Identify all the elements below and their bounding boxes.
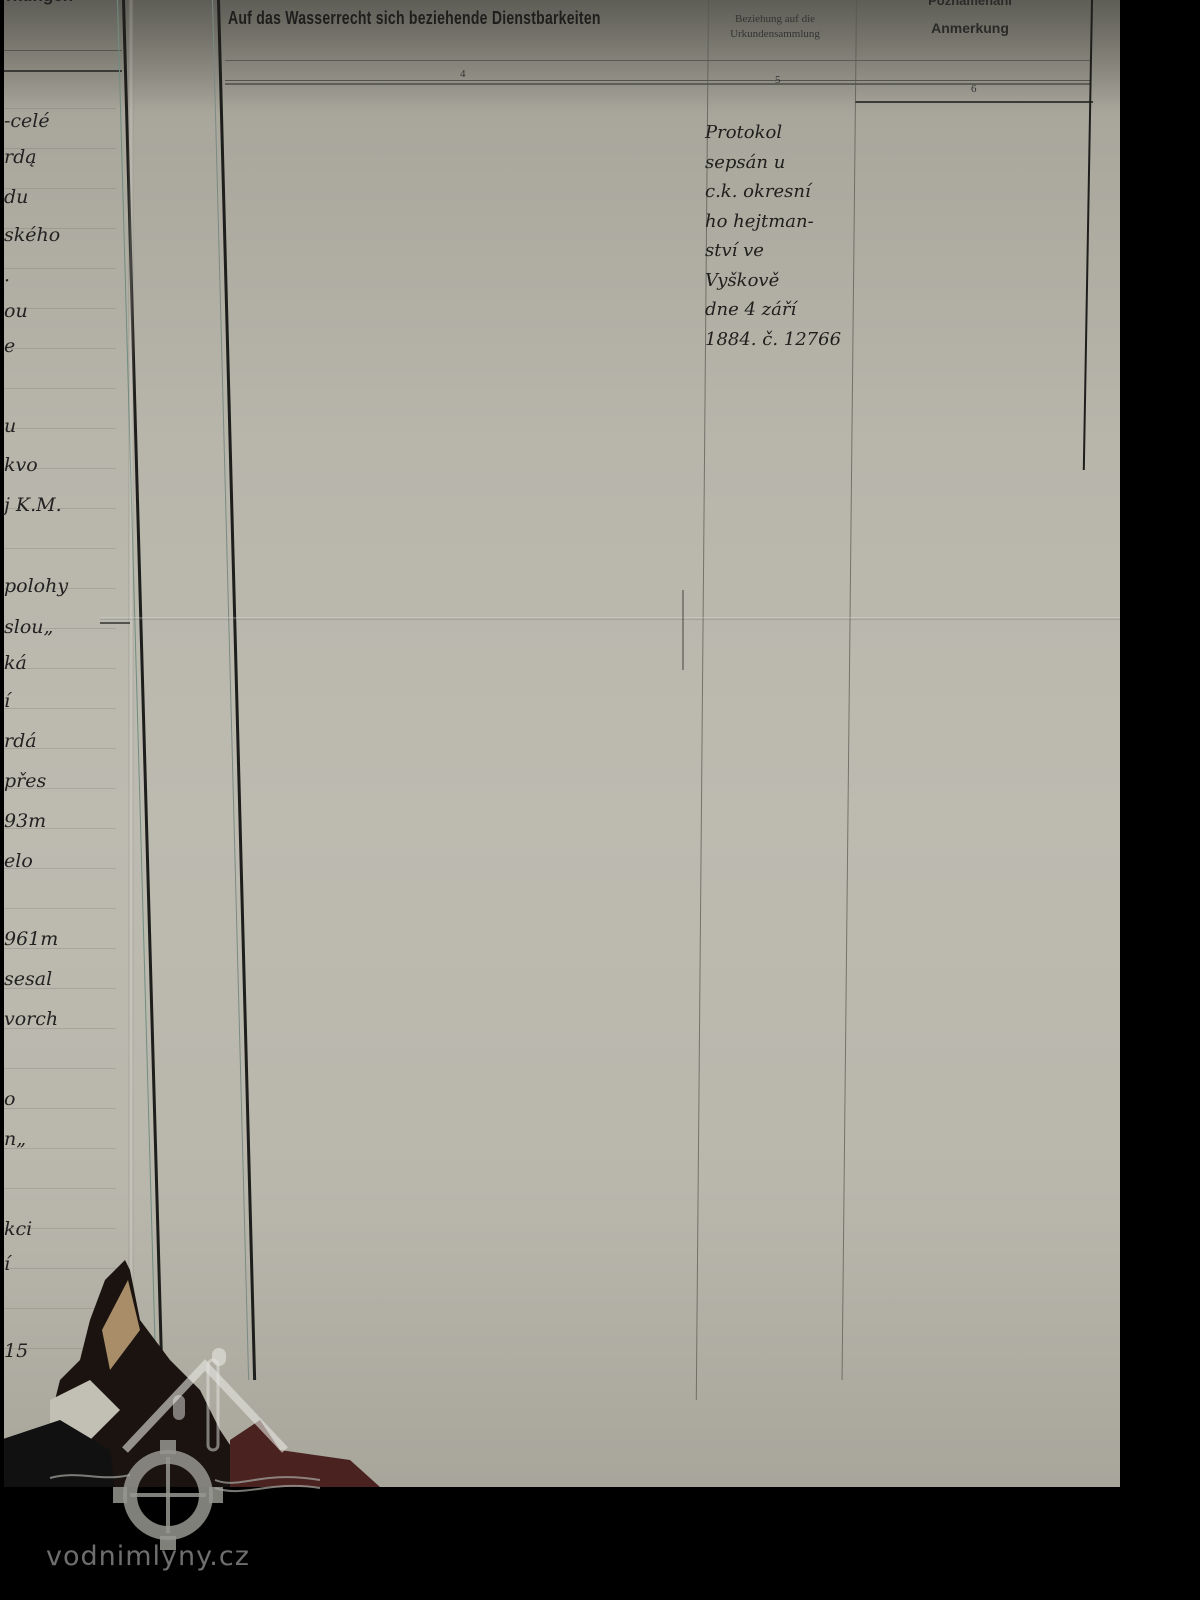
left-margin-fragment: n„ <box>4 1128 26 1150</box>
left-margin-fragment: · <box>4 270 10 292</box>
left-margin-fragment: 961m <box>4 928 58 950</box>
left-margin-fragment: -celé <box>4 110 50 132</box>
ruled-line <box>4 348 116 349</box>
left-margin-fragment: elo <box>4 850 33 872</box>
left-margin-fragment: í <box>4 1253 10 1275</box>
left-margin-fragment: rdą <box>4 146 37 168</box>
column-5-header: Beziehung auf die Urkundensammlung <box>700 12 850 42</box>
column-6-header-cut: Poznamenání <box>855 0 1085 8</box>
left-margin-fragment: 93m <box>4 810 46 832</box>
left-margin-fragment: sesal <box>4 968 52 990</box>
left-margin-fragment: du <box>4 186 28 208</box>
ruled-line <box>4 708 116 709</box>
left-margin-fragment: kci <box>4 1218 32 1240</box>
document-photo: rkungen Auf das Wasserrecht sich beziehe… <box>0 0 1120 1487</box>
left-margin-fragment: ou <box>4 300 28 322</box>
ruled-line <box>4 388 116 389</box>
horizontal-fold-crease <box>100 617 1120 620</box>
left-margin-fragment: kvo <box>4 454 38 476</box>
ruled-line <box>4 1108 116 1109</box>
column-6-header: Anmerkung <box>855 20 1085 36</box>
left-margin-fragment: í <box>4 690 10 712</box>
column-5-handwritten-entry: Protokol sepsán u c.k. okresní ho hejtma… <box>705 118 841 354</box>
column-number-row-line <box>225 80 1091 81</box>
fold-tear-mark <box>100 622 130 624</box>
left-margin-fragment: ká <box>4 652 27 674</box>
ruled-line <box>4 108 116 109</box>
left-margin-fragment: e <box>4 335 15 357</box>
ruled-line <box>4 1188 116 1189</box>
left-black-edge <box>0 0 4 1487</box>
column-number-5: 5 <box>775 74 781 86</box>
ruled-line <box>4 268 116 269</box>
column-number-row-line <box>225 83 1091 85</box>
left-margin-fragment: 15 <box>4 1340 28 1362</box>
ruled-line <box>4 1068 116 1069</box>
header-rule <box>4 50 122 51</box>
left-margin-fragment: přes <box>4 770 46 792</box>
left-margin-fragment: vorch <box>4 1008 58 1030</box>
watermark-text: vodnimlyny.cz <box>46 1541 250 1572</box>
left-margin-fragment: ského <box>4 224 60 246</box>
left-margin-fragment: polohy <box>4 575 68 597</box>
column-number-6: 6 <box>971 83 977 95</box>
ruled-line <box>4 548 116 549</box>
left-margin-fragment: j K.M. <box>4 494 62 516</box>
column-6-left-rule <box>842 0 857 1380</box>
left-margin-fragment: u <box>4 415 16 437</box>
header-rule <box>4 70 122 72</box>
left-column-header-fragment: rkungen <box>6 0 73 6</box>
left-margin-fragment: o <box>4 1088 15 1110</box>
column-4-header: Auf das Wasserrecht sich beziehende Dien… <box>228 8 601 29</box>
column-number-4: 4 <box>460 68 466 80</box>
left-margin-fragment: slou„ <box>4 616 53 638</box>
column-4-left-rule <box>217 0 256 1380</box>
ruled-line <box>4 908 116 909</box>
left-column-inner-rule <box>117 0 156 1370</box>
column-6-number-line <box>855 101 1093 103</box>
column-4-left-thin-rule <box>212 0 249 1380</box>
ruled-line <box>4 428 116 429</box>
fold-tear-mark <box>682 590 684 670</box>
left-margin-fragment: rdá <box>4 730 37 752</box>
column-number-row-top <box>225 60 1091 61</box>
